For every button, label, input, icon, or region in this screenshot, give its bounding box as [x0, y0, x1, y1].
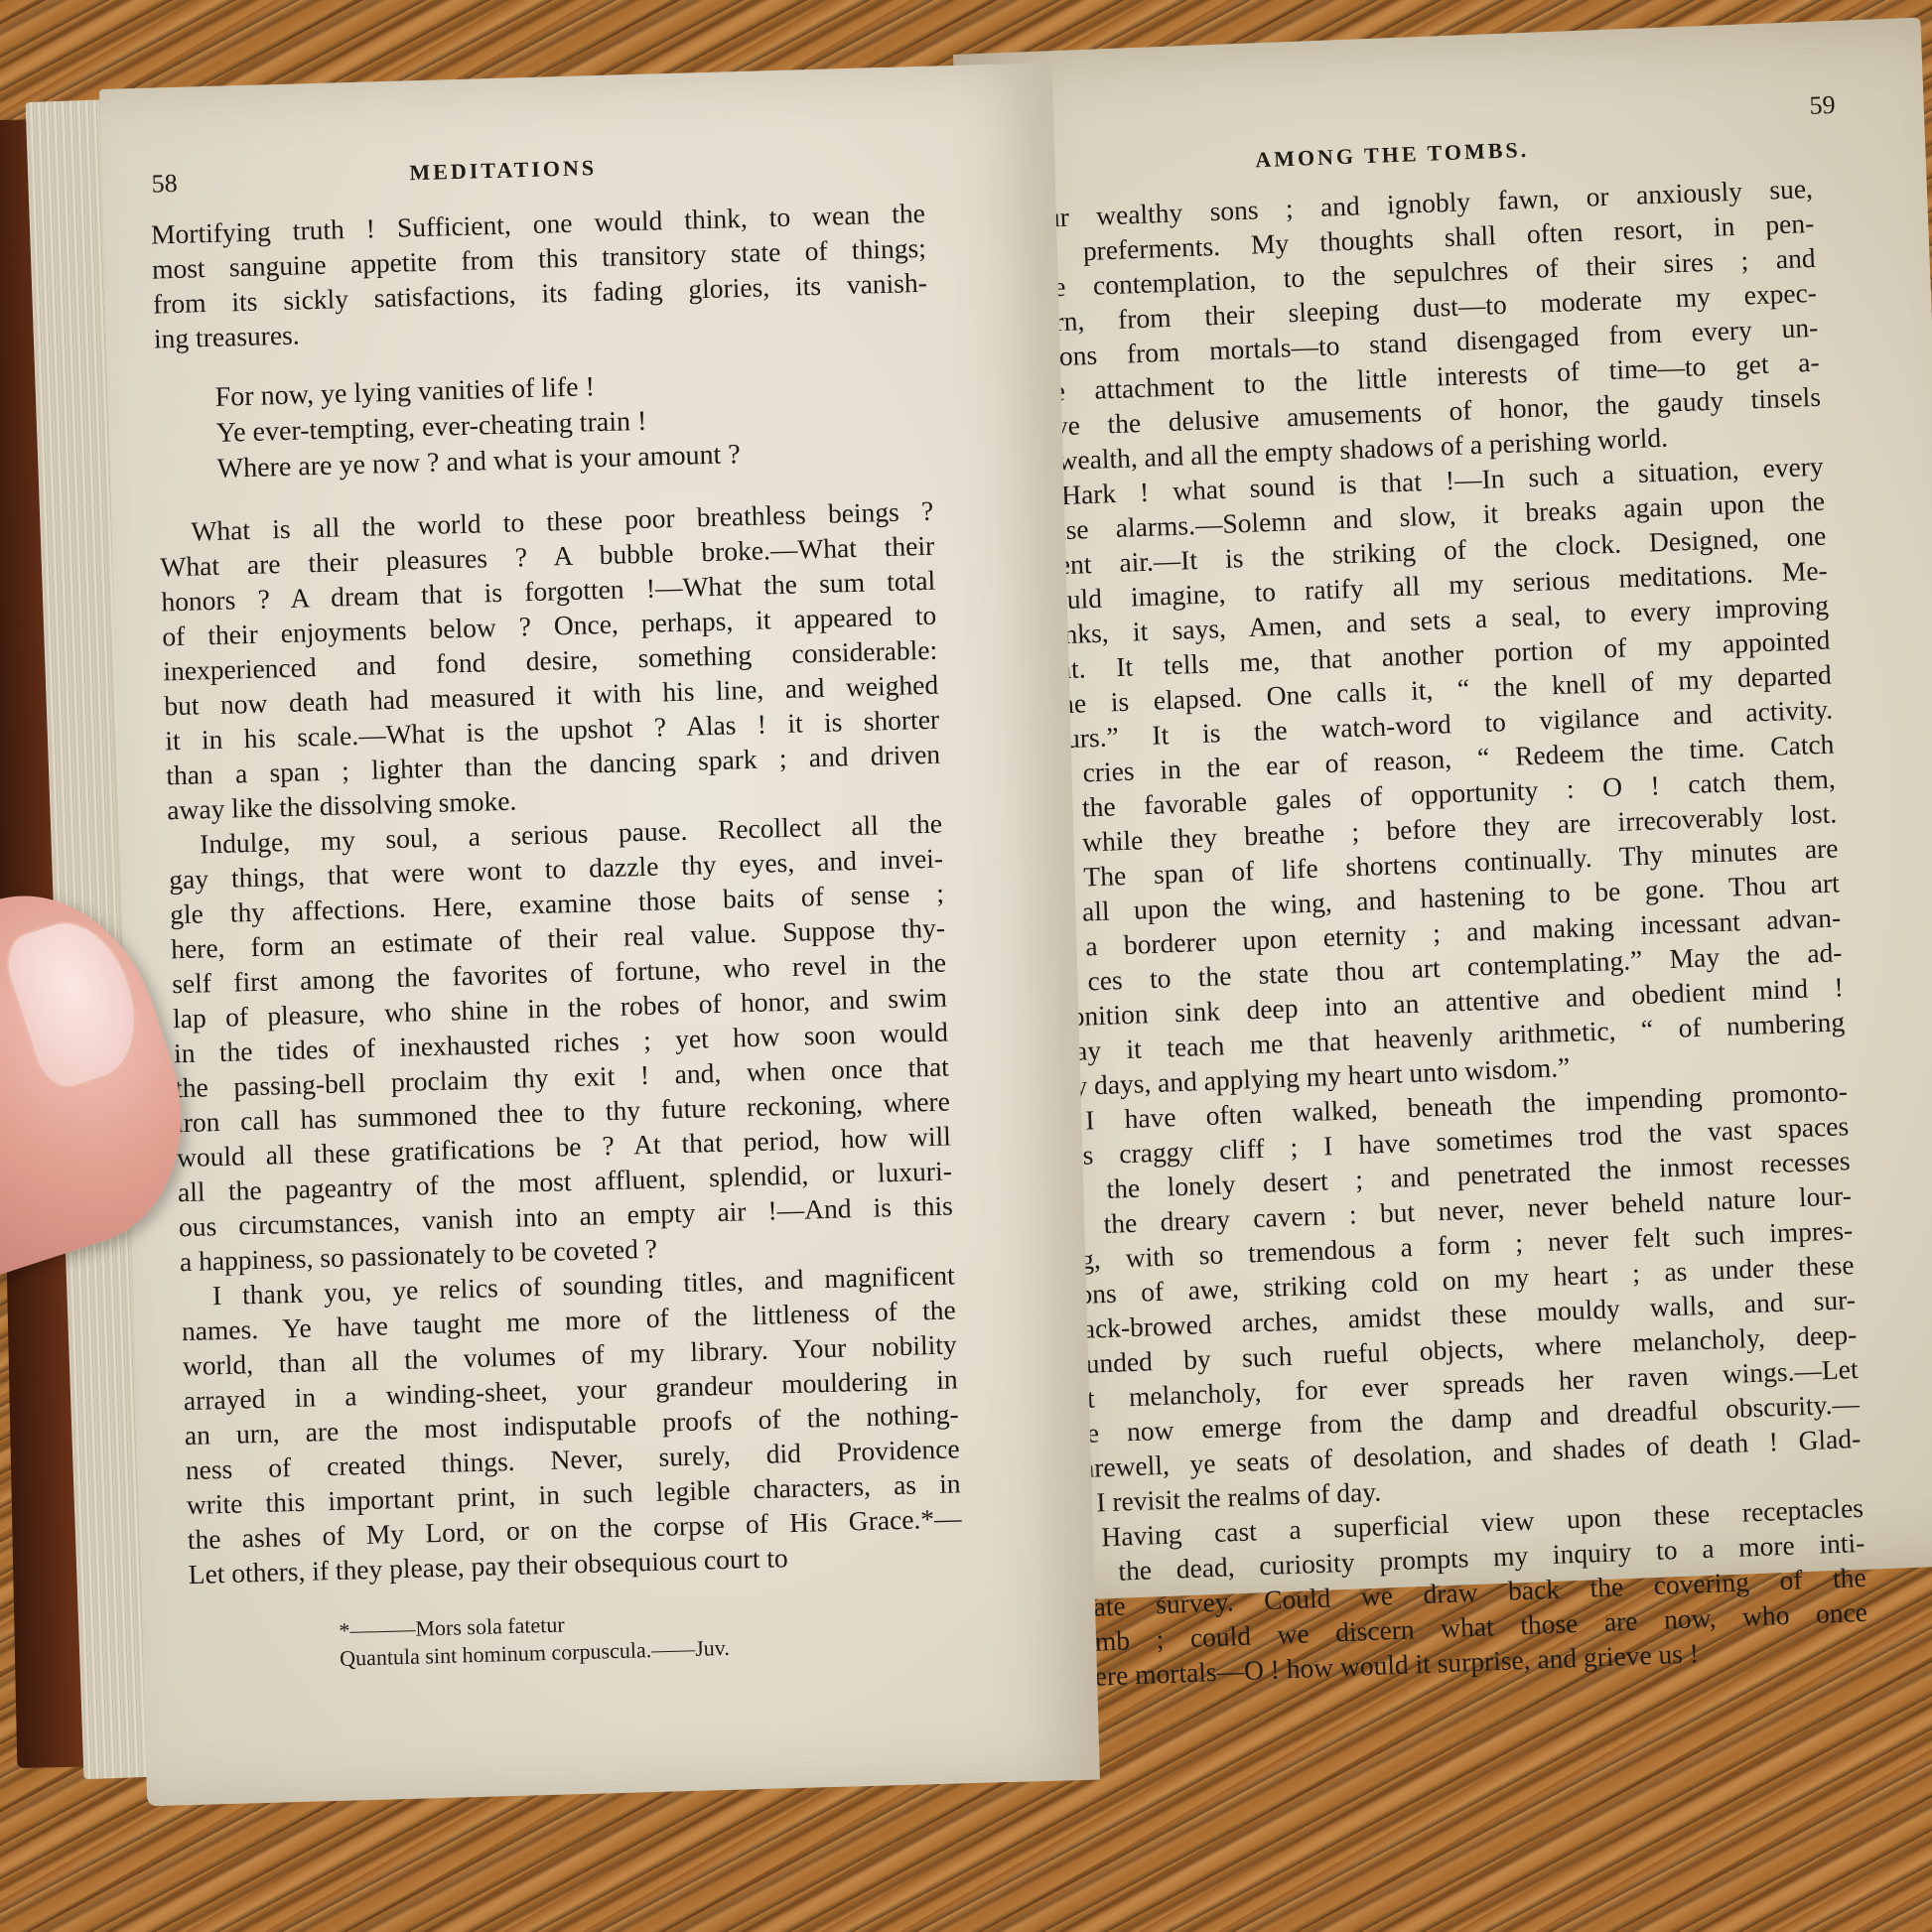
open-book: AMONG THE TOMBS. 59 your wealthy sons ; …	[0, 0, 1932, 1932]
right-page: AMONG THE TOMBS. 59 your wealthy sons ; …	[953, 18, 1932, 1602]
left-page-number: 58	[151, 169, 178, 200]
right-page-number: 59	[1809, 90, 1836, 121]
left-page: 58 MEDITATIONS Mortifying truth ! Suffic…	[99, 63, 1100, 1806]
left-running-head: 58 MEDITATIONS	[99, 63, 1053, 135]
left-page-body: Mortifying truth ! Sufficient, one would…	[151, 196, 966, 1677]
right-page-body: your wealthy sons ; and ignobly fawn, or…	[1019, 171, 1869, 1695]
footnote: *———Mors sola fatetur Quantula sint homi…	[339, 1599, 965, 1673]
paragraph: I thank you, ye relics of sounding title…	[180, 1257, 962, 1591]
right-header-title: AMONG THE TOMBS.	[1255, 137, 1530, 174]
paragraph: Indulge, my soul, a serious pause. Recol…	[168, 806, 954, 1280]
left-header-title: MEDITATIONS	[409, 155, 597, 186]
paragraph: Mortifying truth ! Sufficient, one would…	[151, 196, 929, 356]
paragraph: Hark ! what sound is that !—In such a si…	[1029, 449, 1847, 1104]
paragraph: I have often walked, beneath the impendi…	[1053, 1073, 1863, 1520]
paragraph: Having cast a superficial view upon thes…	[1069, 1490, 1869, 1695]
right-running-head: AMONG THE TOMBS. 59	[953, 18, 1922, 100]
paragraph: What is all the world to these poor brea…	[159, 493, 941, 828]
paragraph: your wealthy sons ; and ignobly fawn, or…	[1019, 171, 1823, 480]
verse-quote: For now, ye lying vanities of life ! Ye …	[214, 360, 932, 487]
